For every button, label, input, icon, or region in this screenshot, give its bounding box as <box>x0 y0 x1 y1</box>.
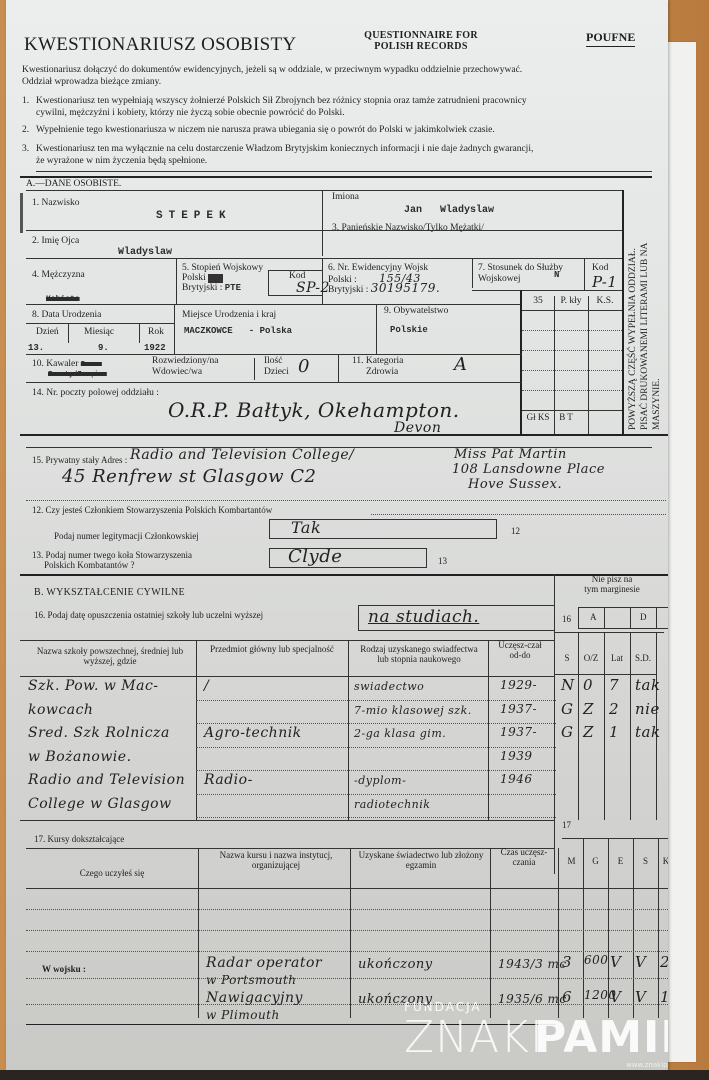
q13-label: 13. Podaj numer twego koła Stowarzyszeni… <box>32 550 192 570</box>
maiden-name-label: 3. Panieńskie Nazwisko/Tylko Mężatki/ <box>332 223 484 234</box>
side-table-header-pkly: P. kły <box>554 296 588 307</box>
table-shadow <box>0 1070 709 1080</box>
education-school[interactable]: kowcach <box>28 702 93 718</box>
education-code[interactable]: G <box>561 723 573 741</box>
q16-value[interactable]: na studiach. <box>368 607 479 627</box>
education-code[interactable]: nie <box>635 700 660 718</box>
code-header-s: S <box>556 653 578 663</box>
subtitle-line-2: POLISH RECORDS <box>346 41 496 52</box>
course-code[interactable]: V <box>610 988 621 1006</box>
field-post-value[interactable]: O.R.P. Bałtyk, Okehampton. <box>168 398 460 422</box>
field-post-label: 14. Nr. poczty polowej oddziału : <box>32 388 159 399</box>
education-subject[interactable]: / <box>204 678 209 694</box>
military-relation-label: 7. Stosunek do Służby Wojskowej <box>478 263 563 285</box>
code-d-label: D <box>640 612 647 622</box>
divorced-label: Rozwiedziony/na Wdowiec/wa <box>152 356 218 378</box>
marital-struck-2: Zonaty/Zamężna <box>48 371 107 379</box>
course-header-name: Nazwa kursu i nazwa instytucj, organizuj… <box>206 850 346 870</box>
sex-male-label: 4. Mężczyzna <box>32 270 85 281</box>
given-names-label: Imiona <box>332 192 359 203</box>
course-name[interactable]: Nawigacyjny <box>206 990 303 1006</box>
courses-code-label: 17 <box>562 820 571 830</box>
course-code-s: S <box>633 856 658 866</box>
course-code[interactable]: 21 <box>660 953 668 971</box>
education-code[interactable]: 1 <box>609 723 619 741</box>
subtitle-line-1: QUESTIONNAIRE FOR <box>346 30 496 41</box>
side-table-footer-bt: B T <box>556 412 576 422</box>
education-school[interactable]: w Bożanowie. <box>28 749 132 765</box>
military-relation-value[interactable]: N <box>554 270 559 280</box>
education-years[interactable]: 1946 <box>500 772 533 786</box>
course-code[interactable]: 6 <box>562 988 572 1006</box>
course-code-m: M <box>560 856 583 866</box>
code-header-sd: S.D. <box>630 653 656 663</box>
intro-point-1: 1. Kwestionariusz ten wypełniają wszyscy… <box>22 95 652 119</box>
header-certificate: Rodzaj uzyskanego swiadfectwa lub stopni… <box>356 644 482 664</box>
course-duration[interactable]: 1943/3 mc <box>498 957 567 971</box>
course-code[interactable]: V <box>610 953 621 971</box>
marital-label: 10. Kawaler Panna <box>32 359 102 371</box>
intro-point-3: 3. Kwestionariusz ten ma wyłącznie na ce… <box>22 143 652 167</box>
dob-label: 8. Data Urodzenia <box>32 310 101 321</box>
course-code[interactable]: V <box>635 988 646 1006</box>
course-code[interactable]: 16 <box>660 988 668 1006</box>
classification-label: POUFNE <box>586 30 635 47</box>
side-note-line-1: POWYŻSZĄ CZĘŚĆ WYPEŁNIA ODDZIAŁ. <box>628 248 639 430</box>
watermark-url: www.znakipamieci.pl <box>626 1061 668 1069</box>
courses-heading: 17. Kursy dokształcające <box>34 834 124 844</box>
surname-value[interactable]: STEPEK <box>156 210 232 222</box>
marital-struck-1: Panna <box>81 361 102 369</box>
education-code[interactable]: G <box>561 700 573 718</box>
q13-code: 13 <box>438 556 447 566</box>
course-location[interactable]: w Plimouth <box>206 1008 280 1022</box>
rank-british-label: Brytyjski : PTE <box>182 283 241 294</box>
education-code[interactable]: 0 <box>583 676 593 694</box>
address-label: 15. Prywatny stały Adres : <box>32 455 127 465</box>
membership-number-value[interactable]: Tak <box>291 518 321 537</box>
service-number-british-value[interactable]: 30195179. <box>371 281 440 295</box>
birthplace-label: Miejsce Urodzenia i kraj <box>182 310 276 321</box>
education-school[interactable]: Sred. Szk Rolnicza <box>28 725 170 741</box>
education-code[interactable]: 2 <box>609 700 619 718</box>
side-table-footer-glks: Gł KS <box>522 412 554 422</box>
education-code[interactable]: tak <box>635 723 661 741</box>
code-a-label: A <box>590 612 597 622</box>
section-a-heading: A.—DANE OSOBISTE. <box>26 179 121 190</box>
children-value[interactable]: 0 <box>298 356 310 377</box>
intro-line-2: Oddział wprowadza bieżące zmiany. <box>22 76 652 88</box>
document-title: KWESTIONARIUSZ OSOBISTY <box>24 34 296 56</box>
children-label: Ilość Dzieci <box>264 356 289 378</box>
alt-address-2[interactable]: 108 Lansdowne Place <box>452 462 605 477</box>
rank-british-value[interactable]: PTE <box>225 283 241 293</box>
course-result[interactable]: ukończony <box>358 992 433 1007</box>
course-header-result: Uzyskane świadectwo lub złożony egzamin <box>356 850 486 870</box>
father-name-value[interactable]: Wladyslaw <box>118 247 172 258</box>
course-name[interactable]: Radar operator <box>206 955 322 971</box>
health-category-value[interactable]: A <box>454 354 468 375</box>
section-b-heading: B. WYKSZTAŁCENIE CYWILNE <box>34 588 185 598</box>
code-header-lat: Lat <box>604 653 630 663</box>
side-note-line-2: PISAĆ DRUKOWANEMI LITERAMI LUB NA <box>640 243 651 430</box>
dob-year-value[interactable]: 1922 <box>144 343 166 353</box>
education-years[interactable]: 1929- <box>500 678 537 692</box>
address-value-2[interactable]: 45 Renfrew st Glasgow C2 <box>62 466 316 487</box>
course-header-what: Czego uczyłeś się <box>32 868 192 878</box>
code-header-oz: O/Z <box>578 653 604 663</box>
code-16-label: 16 <box>562 614 571 624</box>
service-number-british: Brytyjski : 30195179. <box>328 283 440 296</box>
watermark-znaki: ZNAKI <box>404 1012 544 1063</box>
dob-year-label: Rok <box>148 327 164 338</box>
education-code[interactable]: tak <box>635 676 661 694</box>
education-school[interactable]: Szk. Pow. w Mac- <box>28 678 159 694</box>
course-code-e: E <box>608 856 633 866</box>
course-result[interactable]: ukończony <box>358 957 433 972</box>
surname-label: 1. Nazwisko <box>32 198 80 209</box>
education-school[interactable]: Radio and Television <box>28 772 185 788</box>
dob-month-value[interactable]: 9. <box>98 343 109 353</box>
education-school[interactable]: College w Glasgow <box>28 796 172 812</box>
education-certificate[interactable]: 2-ga klasa gim. <box>354 727 446 740</box>
birthplace-value[interactable]: MACZKOWCE - Polska <box>184 326 292 336</box>
q12-label: 12. Czy jesteś Członkiem Stowarzyszenia … <box>32 505 272 515</box>
course-code[interactable]: 600 <box>584 953 608 967</box>
questionnaire-page: KWESTIONARIUSZ OSOBISTY QUESTIONNAIRE FO… <box>6 0 668 1072</box>
rank-polish-value[interactable]: MAT <box>208 274 222 283</box>
education-subject[interactable]: Agro-technik <box>204 725 302 741</box>
header-subject: Przedmiot główny lub specjalność <box>202 644 342 654</box>
education-certificate[interactable]: 7-mio klasowej szk. <box>354 704 472 717</box>
education-years[interactable]: 1939 <box>500 749 533 763</box>
relation-code-value[interactable]: P-1 <box>592 273 617 291</box>
header-school: Nazwa szkoły powszechnej, średniej lub w… <box>26 646 194 666</box>
document-subtitle: QUESTIONNAIRE FOR POLISH RECORDS <box>346 30 496 52</box>
q16-label: 16. Podaj datę opuszczenia ostatniej szk… <box>34 610 263 620</box>
education-certificate[interactable]: radiotechnik <box>354 798 430 811</box>
health-category-label: 11. Kategoria Zdrowia <box>352 356 403 378</box>
education-code[interactable]: Z <box>583 700 594 718</box>
education-certificate[interactable]: -dyplom- <box>354 774 406 787</box>
course-code[interactable]: 3 <box>562 953 572 971</box>
margin-mark <box>20 193 23 233</box>
header-years: Uczęsz-czał od-do <box>492 640 548 660</box>
side-note-line-3: MASZYNIE. <box>652 379 663 430</box>
course-code-g: G <box>583 856 608 866</box>
margin-note: Nie pisz na tym marginesie <box>556 574 668 594</box>
alt-address-1[interactable]: Miss Pat Martin <box>454 447 567 462</box>
dob-day-value[interactable]: 13. <box>28 343 44 353</box>
education-code[interactable]: 7 <box>609 676 619 694</box>
q12-code: 12 <box>511 526 520 536</box>
education-years[interactable]: 1937- <box>500 702 537 716</box>
education-certificate[interactable]: swiadectwo <box>354 680 424 693</box>
dob-day-label: Dzień <box>36 327 59 338</box>
dob-month-label: Miesiąc <box>84 327 114 338</box>
course-code[interactable]: V <box>635 953 646 971</box>
alt-address-3[interactable]: Hove Sussex. <box>468 477 562 492</box>
course-location[interactable]: w Portsmouth <box>206 973 297 987</box>
q12-sub-label: Podaj numer legitymacji Członkowskiej <box>54 531 199 541</box>
address-value-1[interactable]: Radio and Television College/ <box>130 447 354 463</box>
intro-line-1: Kwestionariusz dołączyć do dokumentów ew… <box>22 64 652 76</box>
education-code[interactable]: Z <box>583 723 594 741</box>
sex-female-struck: Kobieta <box>46 295 80 304</box>
course-header-duration: Czas uczęsz-czania <box>494 847 554 867</box>
citizenship-value[interactable]: Polskie <box>390 325 428 335</box>
education-years[interactable]: 1937- <box>500 725 537 739</box>
military-courses-label: W wojsku : <box>42 964 86 974</box>
side-table-header-35: 35 <box>522 296 554 307</box>
course-duration[interactable]: 1935/6 mc <box>498 992 567 1006</box>
course-code-kod: Kod <box>658 856 668 866</box>
citizenship-label: 9. Obywatelstwo <box>384 306 448 317</box>
rank-code-value[interactable]: SP-2 <box>296 280 330 296</box>
intro-point-2: 2. Wypełnienie tego kwestionariusza w ni… <box>22 124 652 136</box>
education-subject[interactable]: Radio- <box>204 772 253 788</box>
intro-text: Kwestionariusz dołączyć do dokumentów ew… <box>22 64 652 88</box>
education-code[interactable]: N <box>561 676 575 694</box>
watermark-pamieci: PAMIĘCI <box>534 1012 668 1063</box>
given-names-value[interactable]: Jan Wladyslaw <box>404 205 494 216</box>
circle-number-value[interactable]: Clyde <box>288 546 342 567</box>
side-table-header-ks: K.S. <box>588 296 622 307</box>
father-name-label: 2. Imię Ojca <box>32 236 79 247</box>
